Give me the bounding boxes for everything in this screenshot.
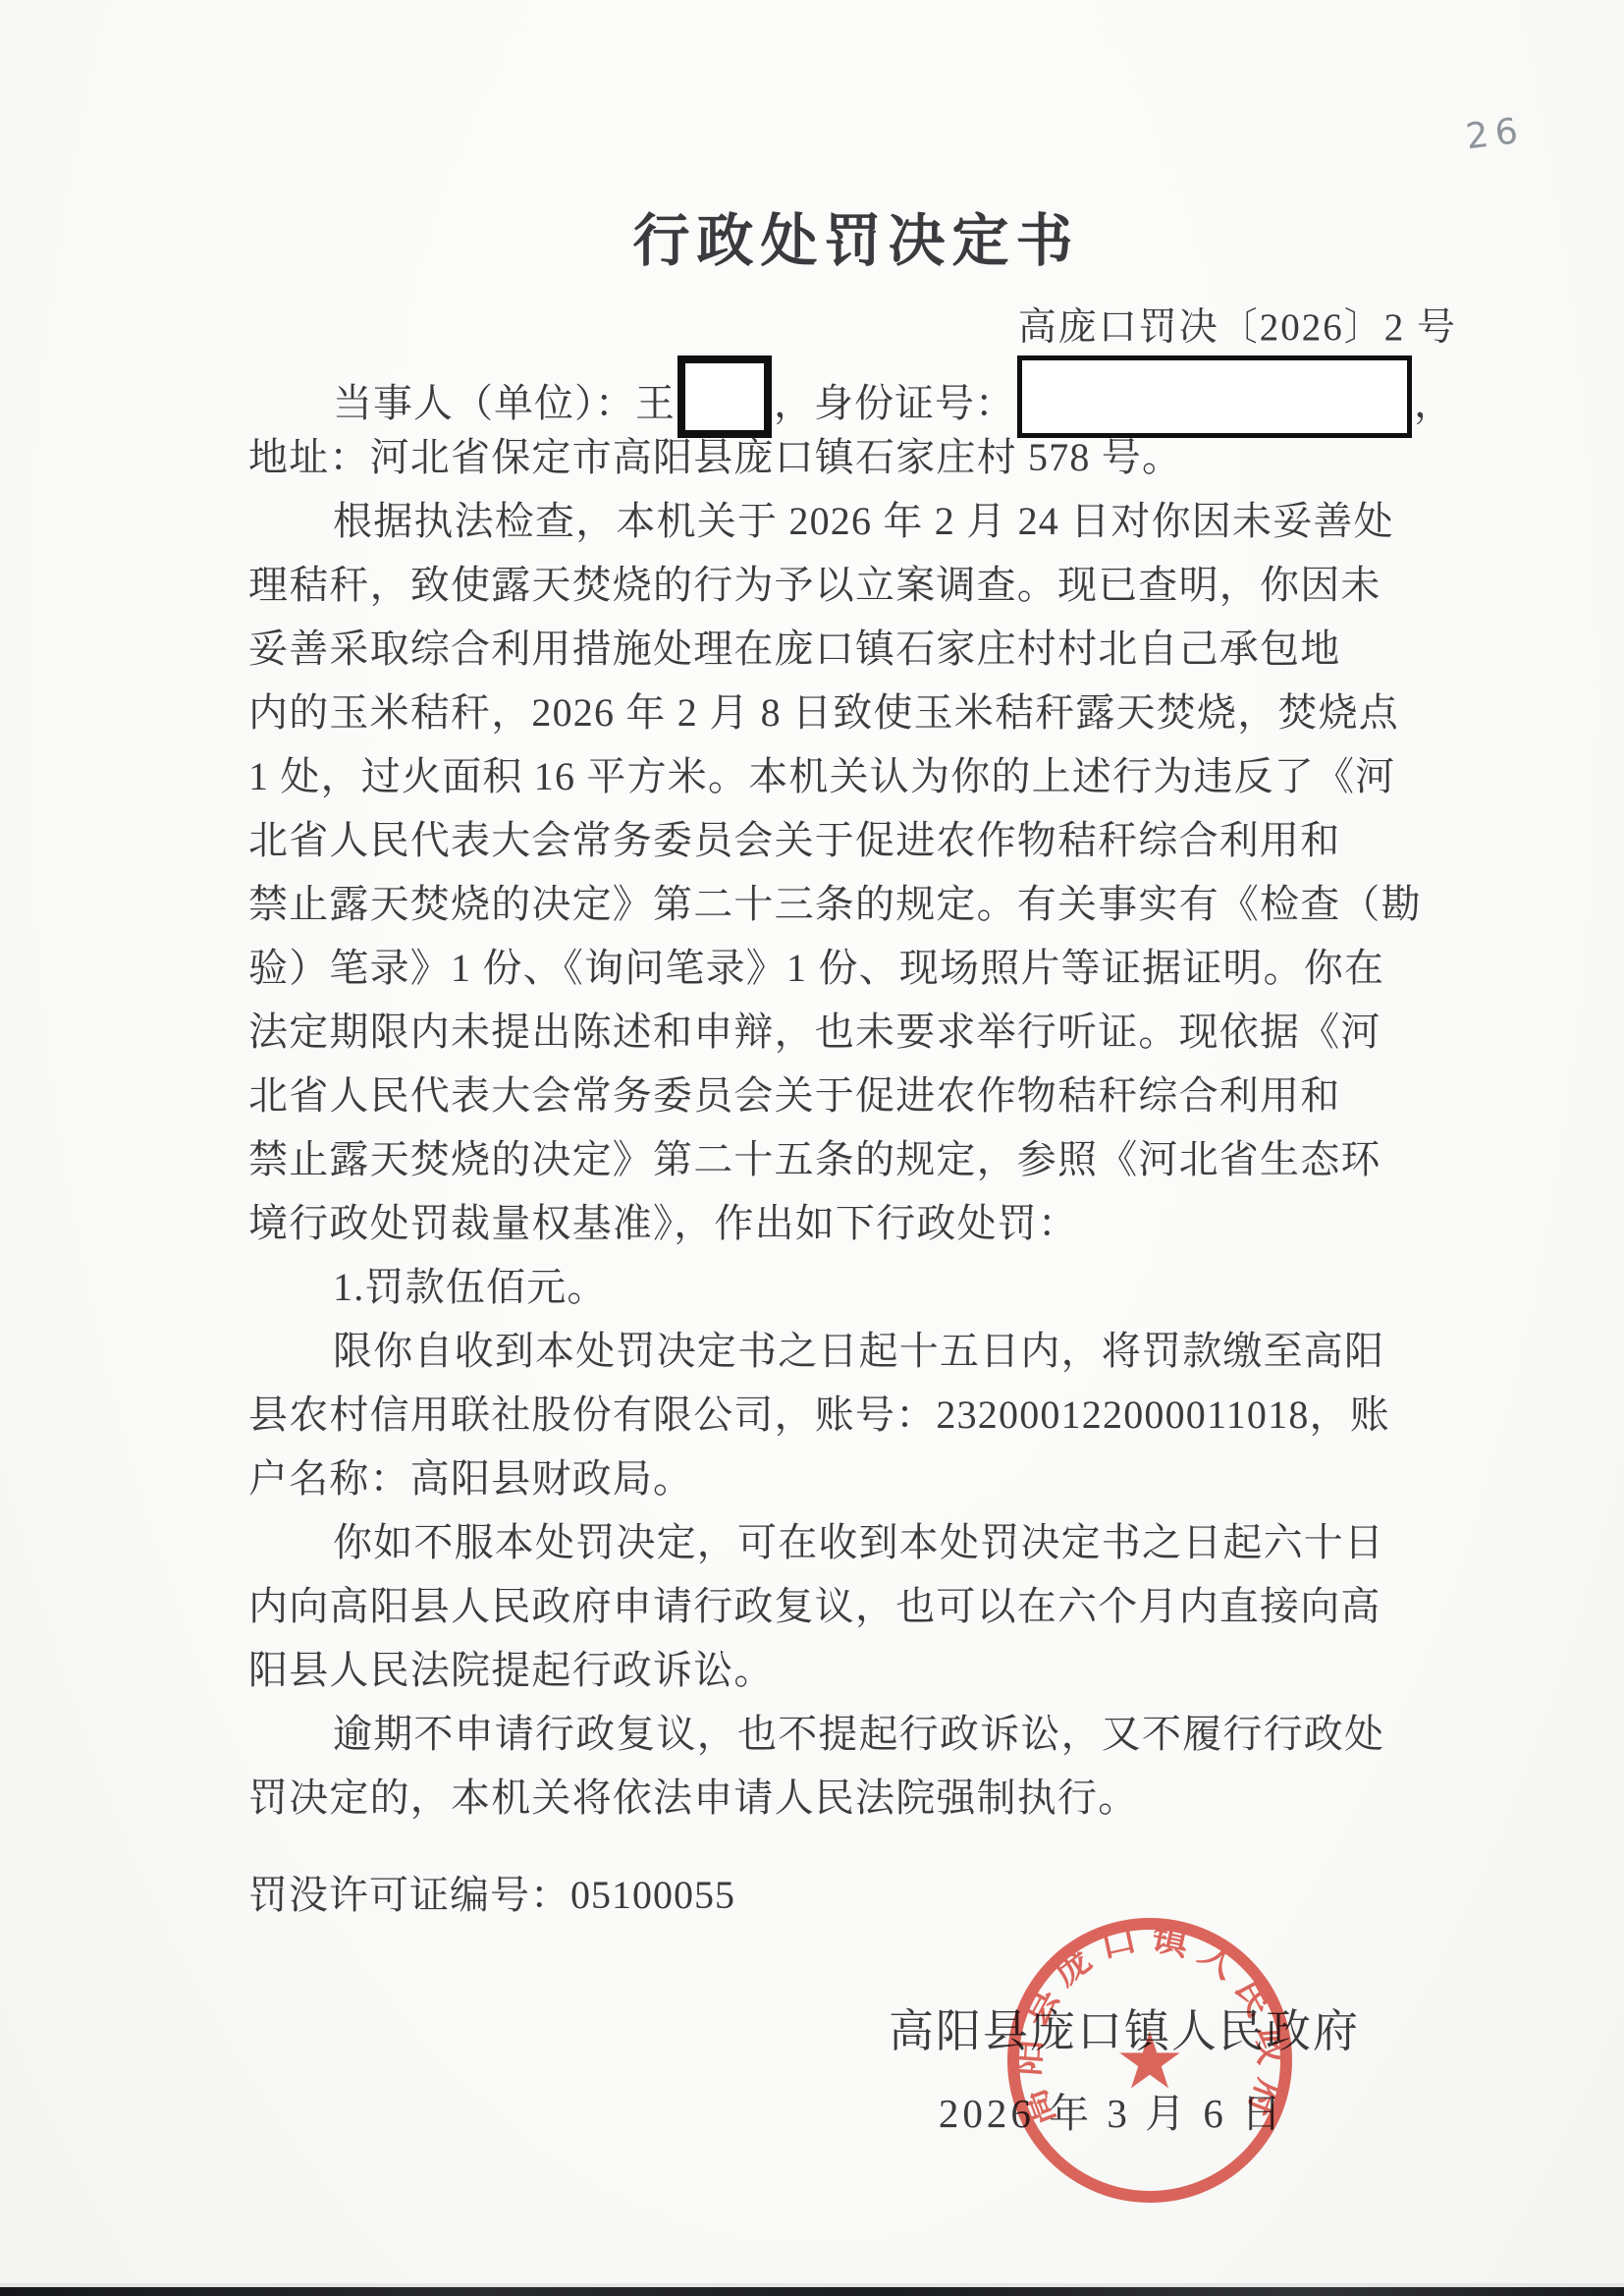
document-title: 行政处罚决定书 — [88, 194, 1624, 277]
document-number: 高庞口罚决〔2026〕2 号 — [1018, 297, 1457, 352]
party-trailing-comma: ， — [1414, 381, 1454, 425]
body-line: 验）笔录》1 份、《询问笔录》1 份、现场照片等证据证明。你在 — [248, 936, 1412, 1000]
party-name-prefix: 王 — [635, 381, 676, 425]
body-line: 罚决定的，本机关将依法申请人民法院强制执行。 — [248, 1766, 1412, 1830]
body-line: 逾期不申请行政复议，也不提起行政诉讼，又不履行行政处 — [248, 1702, 1412, 1766]
scan-bottom-edge-artifact — [0, 2287, 1624, 2296]
body-line: 1 处，过火面积 16 平方米。本机关认为你的上述行为违反了《河 — [248, 744, 1412, 808]
signature-block: 高阳县庞口镇人民政府 2026 年 3 月 6 日 — [889, 1995, 1335, 2139]
body-line: 妥善采取综合利用措施处理在庞口镇石家庄村村北自己承包地 — [248, 617, 1412, 681]
body-line: 你如不服本处罚决定，可在收到本处罚决定书之日起六十日 — [248, 1510, 1412, 1574]
body-line: 禁止露天焚烧的决定》第二十三条的规定。有关事实有《检查（勘 — [248, 872, 1412, 936]
body-line: 地址：河北省保定市高阳县庞口镇石家庄村 578 号。 — [248, 425, 1412, 489]
penalty-permit-number-line: 罚没许可证编号：05100055 — [248, 1864, 735, 1920]
body-line: 北省人民代表大会常务委员会关于促进农作物秸秆综合利用和 — [248, 1064, 1412, 1127]
handwritten-page-note: 26 — [1464, 111, 1527, 158]
body-line: 户名称：高阳县财政局。 — [248, 1447, 1412, 1510]
body-line: 县农村信用联社股份有限公司，账号：232000122000011018，账 — [248, 1383, 1412, 1447]
body-line: 根据执法检查，本机关于 2026 年 2 月 24 日对你因未妥善处 — [248, 489, 1412, 553]
party-id-label: ，身份证号： — [774, 381, 1015, 425]
body-line: 北省人民代表大会常务委员会关于促进农作物秸秆综合利用和 — [248, 808, 1412, 872]
body-line: 禁止露天焚烧的决定》第二十五条的规定，参照《河北省生态环 — [248, 1127, 1412, 1191]
issuing-authority: 高阳县庞口镇人民政府 — [889, 1995, 1335, 2060]
body-line: 境行政处罚裁量权基准》，作出如下行政处罚： — [248, 1191, 1412, 1255]
party-label: 当事人（单位）： — [333, 381, 635, 425]
body-line: 理秸秆，致使露天焚烧的行为予以立案调查。现已查明，你因未 — [248, 553, 1412, 617]
scanned-document-page: 26 行政处罚决定书 高庞口罚决〔2026〕2 号 当事人（单位）：王，身份证号… — [0, 0, 1624, 2296]
body-line: 阳县人民法院提起行政诉讼。 — [248, 1638, 1412, 1702]
body-line: 限你自收到本处罚决定书之日起十五日内，将罚款缴至高阳 — [248, 1319, 1412, 1383]
body-line: 1.罚款伍佰元。 — [248, 1255, 1412, 1319]
body-line: 法定期限内未提出陈述和申辩，也未要求举行听证。现依据《河 — [248, 1000, 1412, 1064]
body-line: 内的玉米秸秆，2026 年 2 月 8 日致使玉米秸秆露天焚烧，焚烧点 — [248, 681, 1412, 744]
body-lines: 地址：河北省保定市高阳县庞口镇石家庄村 578 号。根据执法检查，本机关于 20… — [248, 425, 1412, 1830]
issue-date: 2026 年 3 月 6 日 — [889, 2081, 1335, 2139]
body-line: 内向高阳县人民政府申请行政复议，也可以在六个月内直接向高 — [248, 1574, 1412, 1638]
